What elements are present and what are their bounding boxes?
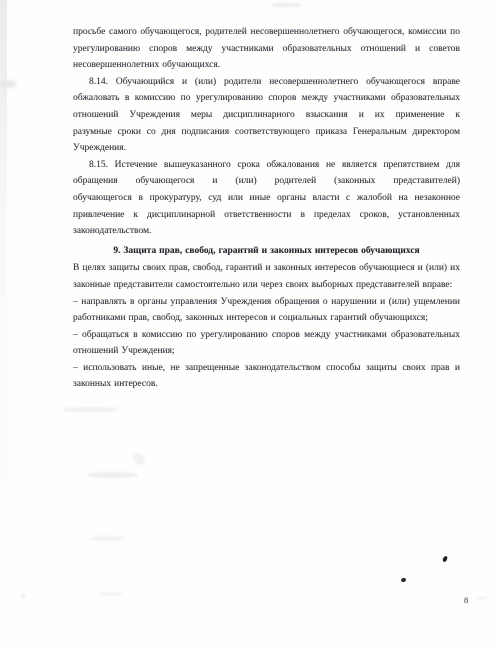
paragraph: 8.15. Истечение вышеуказанного срока обж… (73, 157, 460, 240)
page-number: 8 (464, 595, 468, 605)
scanned-document-page: просьбе самого обучающегося, родителей н… (0, 0, 500, 650)
paragraph: – использовать иные, не запрещенные зако… (73, 360, 460, 393)
text-line: В целях защиты своих прав, свобод, гаран… (73, 260, 460, 277)
scan-artifact (63, 407, 119, 412)
scan-artifact (88, 472, 138, 478)
text-line: отношений Учреждения; (73, 343, 460, 360)
paragraph: просьбе самого обучающегося, родителей н… (73, 24, 460, 74)
paragraph: – направлять в органы управления Учрежде… (73, 294, 460, 327)
scan-artifact (100, 592, 122, 596)
text-block: просьбе самого обучающегося, родителей н… (73, 24, 460, 393)
section-heading: 9. Защита прав, свобод, гарантий и закон… (73, 243, 460, 260)
text-line: разумные сроки со дня подписания соответ… (73, 124, 460, 141)
ink-speck (401, 578, 407, 583)
text-line: законные представители самостоятельно ил… (73, 277, 460, 294)
paragraph: 8.14. Обучающийся и (или) родители несов… (73, 74, 460, 157)
text-line: 8.15. Истечение вышеуказанного срока обж… (73, 157, 460, 174)
text-line: – обращаться в комиссию по урегулировани… (73, 327, 460, 344)
text-line: обучающегося в прокуратуру, суд или иные… (73, 190, 460, 207)
text-line: 9. Защита прав, свобод, гарантий и закон… (73, 243, 460, 260)
text-line: законодательством. (73, 223, 460, 240)
text-line: работниками прав, свобод, законных интер… (73, 310, 460, 327)
text-line: просьбе самого обучающегося, родителей н… (73, 24, 460, 41)
scan-artifact (272, 3, 302, 7)
text-line: отношений Учреждения меры дисциплинарног… (73, 107, 460, 124)
text-line: Учреждения. (73, 140, 460, 157)
scan-edge-artifact (0, 0, 7, 650)
text-line: несовершеннолетних обучающихся. (73, 57, 460, 74)
text-line: законных интересов. (73, 376, 460, 393)
text-line: урегулированию споров между участниками … (73, 41, 460, 58)
paragraph: – обращаться в комиссию по урегулировани… (73, 327, 460, 360)
text-line: обращения обучающегося и (или) родителей… (73, 173, 460, 190)
scan-artifact (0, 80, 16, 88)
scan-artifact (90, 536, 124, 541)
text-line: – направлять в органы управления Учрежде… (73, 294, 460, 311)
text-line: 8.14. Обучающийся и (или) родители несов… (73, 74, 460, 91)
scan-artifact (477, 596, 488, 601)
text-line: обжаловать в комиссию по урегулированию … (73, 90, 460, 107)
text-line: – использовать иные, не запрещенные зако… (73, 360, 460, 377)
text-line: привлечение к дисциплинарной ответственн… (73, 207, 460, 224)
scan-artifact (131, 451, 147, 466)
ink-speck (442, 556, 448, 563)
paragraph: В целях защиты своих прав, свобод, гаран… (73, 260, 460, 293)
scan-artifact (21, 595, 25, 598)
